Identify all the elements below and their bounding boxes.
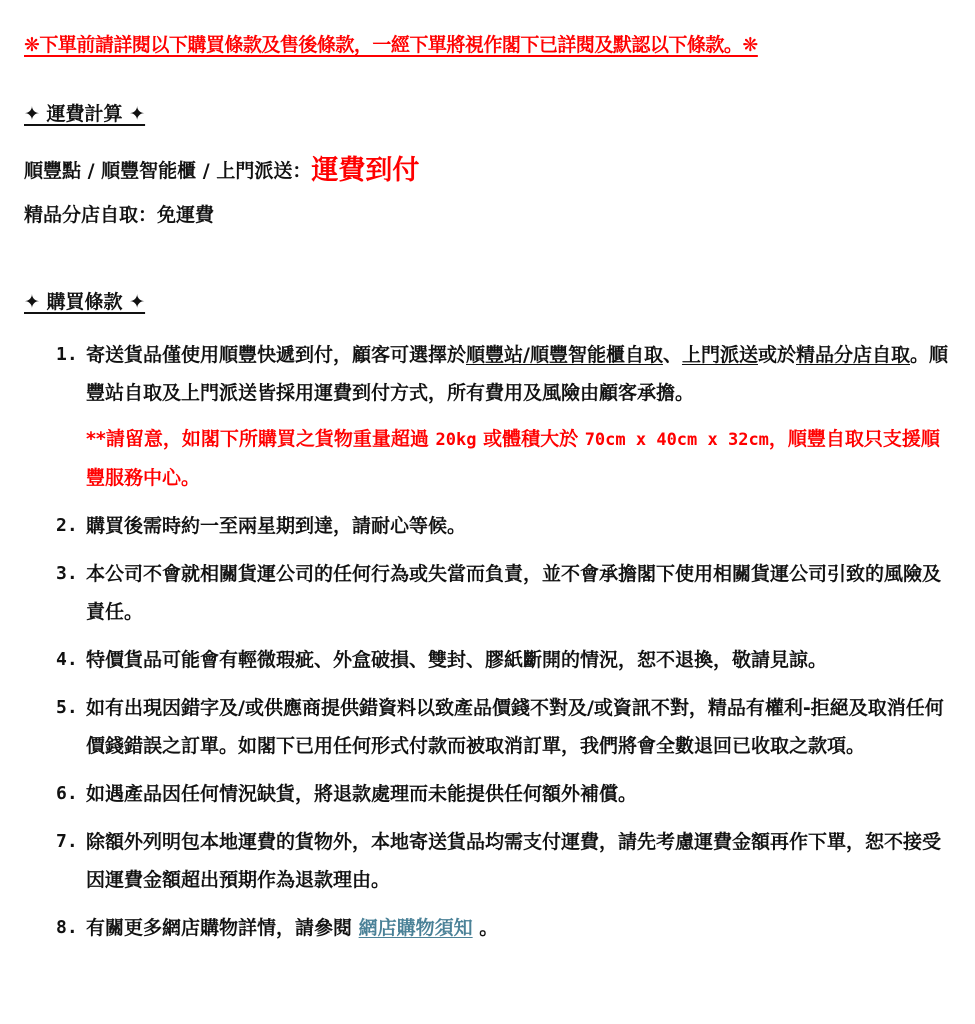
term-item-8: 8. 有關更多網店購物詳情，請參閱 網店購物須知 。 bbox=[56, 909, 956, 947]
shipping-sf-line: 順豐點 / 順豐智能櫃 / 上門派送：運費到付 bbox=[24, 148, 419, 187]
term-number: 3. bbox=[56, 555, 86, 631]
terms-list: 1. 寄送貨品僅使用順豐快遞到付，顧客可選擇於順豐站/順豐智能櫃自取、上門派送或… bbox=[56, 336, 956, 957]
term-item-1: 1. 寄送貨品僅使用順豐快遞到付，顧客可選擇於順豐站/順豐智能櫃自取、上門派送或… bbox=[56, 336, 956, 497]
term-text: 。 bbox=[473, 917, 499, 939]
term-item-3: 3. 本公司不會就相關貨運公司的任何行為或失當而負責，並不會承擔閣下使用相關貨運… bbox=[56, 555, 956, 631]
term-body: 除額外列明包本地運費的貨物外，本地寄送貨品均需支付運費，請先考慮運費金額再作下單… bbox=[86, 823, 956, 899]
warning-text: 或體積大於 bbox=[476, 428, 584, 450]
term-text: 或於 bbox=[758, 344, 796, 366]
term-text: 有關更多網店購物詳情，請參閱 bbox=[86, 917, 359, 939]
term-body: 本公司不會就相關貨運公司的任何行為或失當而負責，並不會承擔閣下使用相關貨運公司引… bbox=[86, 555, 956, 631]
term-text: 寄送貨品僅使用順豐快遞到付，顧客可選擇於 bbox=[86, 344, 466, 366]
term-item-4: 4. 特價貨品可能會有輕微瑕疵、外盒破損、雙封、膠紙斷開的情況，恕不退換，敬請見… bbox=[56, 641, 956, 679]
term-body: 特價貨品可能會有輕微瑕疵、外盒破損、雙封、膠紙斷開的情況，恕不退換，敬請見諒。 bbox=[86, 641, 956, 679]
term-number: 7. bbox=[56, 823, 86, 899]
warning-dimensions: 70cm x 40cm x 32cm bbox=[585, 430, 769, 450]
shipping-sf-label: 順豐點 / 順豐智能櫃 / 上門派送： bbox=[24, 160, 311, 182]
term-number: 2. bbox=[56, 507, 86, 545]
pre-order-notice: ❋下單前請詳閱以下購買條款及售後條款，一經下單將視作閣下已詳閱及默認以下條款。❋ bbox=[24, 30, 758, 57]
warning-weight: 20kg bbox=[436, 430, 477, 450]
term-number: 6. bbox=[56, 775, 86, 813]
online-shopping-guide-link[interactable]: 網店購物須知 bbox=[359, 917, 473, 939]
terms-page: ❋下單前請詳閱以下購買條款及售後條款，一經下單將視作閣下已詳閱及默認以下條款。❋… bbox=[0, 0, 975, 1024]
term-item-6: 6. 如遇產品因任何情況缺貨，將退款處理而未能提供任何額外補償。 bbox=[56, 775, 956, 813]
term-underlined-home-delivery: 上門派送 bbox=[682, 344, 758, 366]
term-number: 1. bbox=[56, 336, 86, 497]
shipping-sf-value: 運費到付 bbox=[311, 155, 419, 186]
term-item-7: 7. 除額外列明包本地運費的貨物外，本地寄送貨品均需支付運費，請先考慮運費金額再… bbox=[56, 823, 956, 899]
shipping-pickup-line: 精品分店自取：免運費 bbox=[24, 200, 214, 227]
weight-warning: **請留意，如閣下所購買之貨物重量超過 20kg 或體積大於 70cm x 40… bbox=[86, 420, 956, 497]
term-body: 寄送貨品僅使用順豐快遞到付，顧客可選擇於順豐站/順豐智能櫃自取、上門派送或於精品… bbox=[86, 336, 956, 497]
terms-section-title: ✦ 購買條款 ✦ bbox=[24, 287, 145, 314]
term-underlined-sf-station: 順豐站/順豐智能櫃自取 bbox=[466, 344, 663, 366]
shipping-section-title: ✦ 運費計算 ✦ bbox=[24, 99, 145, 126]
term-underlined-store-pickup: 精品分店自取 bbox=[796, 344, 910, 366]
term-item-5: 5. 如有出現因錯字及/或供應商提供錯資料以致產品價錢不對及/或資訊不對，精品有… bbox=[56, 689, 956, 765]
term-body: 購買後需時約一至兩星期到達，請耐心等候。 bbox=[86, 507, 956, 545]
term-body: 有關更多網店購物詳情，請參閱 網店購物須知 。 bbox=[86, 909, 956, 947]
term-number: 4. bbox=[56, 641, 86, 679]
term-body: 如有出現因錯字及/或供應商提供錯資料以致產品價錢不對及/或資訊不對，精品有權利-… bbox=[86, 689, 956, 765]
term-item-2: 2. 購買後需時約一至兩星期到達，請耐心等候。 bbox=[56, 507, 956, 545]
term-body: 如遇產品因任何情況缺貨，將退款處理而未能提供任何額外補償。 bbox=[86, 775, 956, 813]
warning-text: **請留意，如閣下所購買之貨物重量超過 bbox=[86, 428, 436, 450]
term-number: 5. bbox=[56, 689, 86, 765]
term-number: 8. bbox=[56, 909, 86, 947]
term-text: 、 bbox=[663, 344, 682, 366]
